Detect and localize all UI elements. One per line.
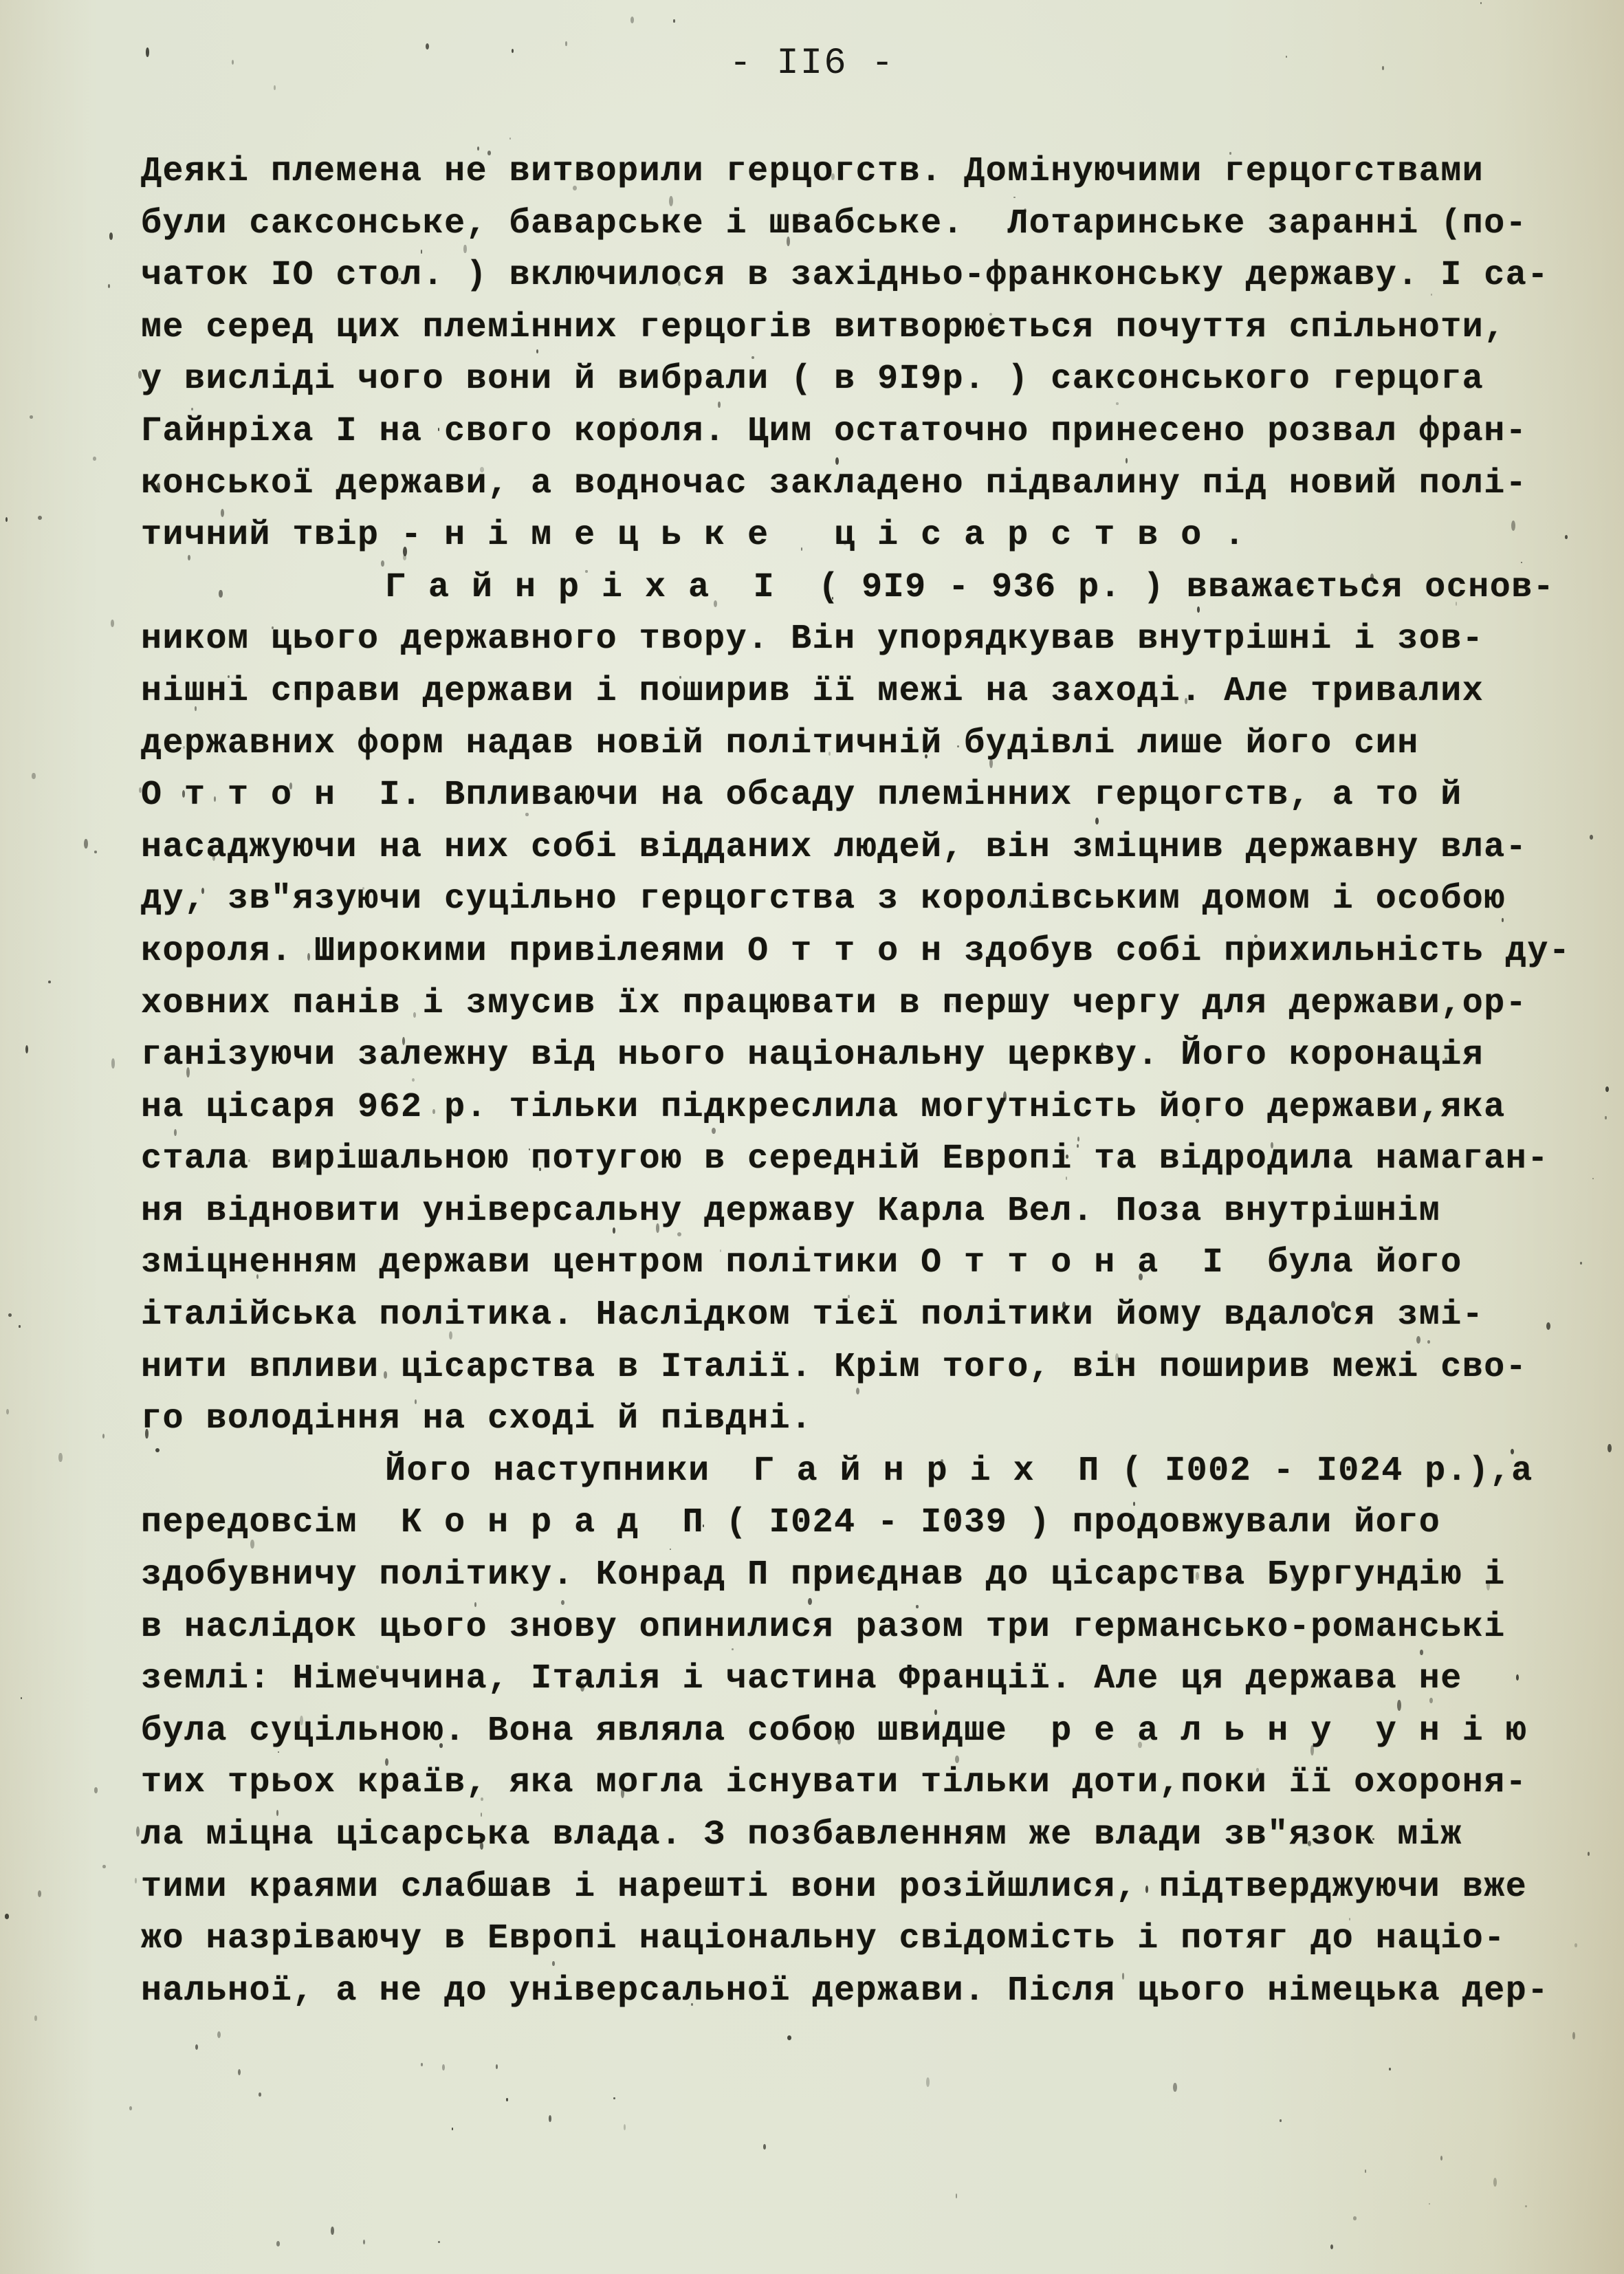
text-line: Деякі племена не витворили герцогств. До…	[141, 146, 1599, 198]
text-line: була суцільною. Вона являла собою швидше…	[141, 1705, 1599, 1758]
text-line: Г а й н р і х а I ( 9I9 - 936 р. ) вважа…	[141, 562, 1599, 614]
speck	[1480, 2, 1482, 4]
speck	[1605, 1086, 1609, 1092]
text-line: у висліді чого вони й вибрали ( в 9I9р. …	[141, 353, 1599, 406]
text-line: нішні справи держави і поширив її межі н…	[141, 666, 1599, 718]
speck	[102, 1434, 105, 1439]
speck	[763, 2144, 766, 2149]
speck	[787, 2035, 791, 2040]
body-text: Деякі племена не витворили герцогств. До…	[141, 146, 1599, 2017]
speck	[956, 2194, 958, 2198]
text-line: Його наступники Г а й н р і х П ( I002 -…	[141, 1445, 1599, 1498]
speck	[93, 457, 96, 461]
text-line: італійська політика. Наслідком тієї полі…	[141, 1289, 1599, 1342]
speck	[25, 1045, 28, 1053]
speck	[624, 2124, 626, 2131]
speck	[549, 2115, 551, 2121]
speck	[5, 1914, 8, 1918]
page-number: - II6 -	[0, 43, 1624, 85]
speck	[1525, 2205, 1527, 2207]
text-line: О т т о н I. Впливаючи на обсаду племінн…	[141, 769, 1599, 822]
text-line: державних форм надав новій політичній бу…	[141, 718, 1599, 770]
speck	[1572, 2032, 1575, 2040]
speck	[135, 1878, 137, 1883]
speck	[6, 1409, 9, 1414]
text-line: тих трьох країв, яка могла існувати тіль…	[141, 1757, 1599, 1809]
speck	[94, 851, 96, 853]
text-line: на цісаря 962 р. тільки підкреслила могу…	[141, 1082, 1599, 1134]
speck	[1353, 2216, 1357, 2220]
speck	[506, 2098, 509, 2101]
speck	[32, 773, 35, 778]
text-line: ховних панів і змусив їх працювати в пер…	[141, 978, 1599, 1030]
text-line: насаджуючи на них собі відданих людей, в…	[141, 822, 1599, 874]
text-line: короля. Широкими привілеями О т т о н зд…	[141, 926, 1599, 978]
text-line: ла міцна цісарська влада. З позбавленням…	[141, 1809, 1599, 1861]
text-line: тичний твір - н і м е ц ь к е ц і с а р …	[141, 510, 1599, 562]
text-line: ганізуючи залежну від нього національну …	[141, 1029, 1599, 1082]
text-line: жо назріваючу в Европі національну свідо…	[141, 1913, 1599, 1965]
speck	[48, 981, 51, 983]
speck	[438, 2241, 440, 2244]
speck	[19, 1325, 20, 1328]
text-line: ду, зв"язуючи суцільно герцогства з коро…	[141, 873, 1599, 926]
speck	[1429, 2203, 1430, 2205]
speck	[102, 1865, 105, 1868]
speck	[38, 1890, 41, 1897]
speck	[136, 1826, 140, 1836]
speck	[276, 2241, 280, 2246]
speck	[259, 2092, 261, 2097]
text-line: ником цього державного твору. Він упоряд…	[141, 613, 1599, 666]
text-line: ня відновити універсальну державу Карла …	[141, 1185, 1599, 1238]
speck	[421, 2063, 423, 2066]
text-line: здобувничу політику. Конрад П приєднав д…	[141, 1549, 1599, 1601]
text-line: стала вирішальною потугою в середній Евр…	[141, 1133, 1599, 1185]
speck	[6, 517, 8, 522]
text-line: нальної, а не до універсальної держави. …	[141, 1965, 1599, 2018]
speck	[30, 415, 33, 419]
speck	[108, 284, 110, 288]
speck	[274, 85, 276, 91]
speck	[926, 2077, 930, 2086]
speck	[111, 620, 114, 627]
speck	[238, 2069, 241, 2075]
speck	[1330, 2244, 1333, 2249]
text-line: ме серед цих племінних герцогів витворює…	[141, 302, 1599, 354]
speck	[8, 1313, 12, 1317]
text-line: в наслідок цього знову опинилися разом т…	[141, 1601, 1599, 1654]
speck	[630, 17, 634, 23]
speck	[1280, 2119, 1282, 2121]
speck	[94, 1787, 98, 1793]
speck	[1440, 2156, 1442, 2161]
typewritten-page: - II6 - Деякі племена не витворили герцо…	[0, 0, 1624, 2274]
speck	[129, 2106, 131, 2110]
speck	[1389, 2068, 1392, 2070]
speck	[496, 2064, 498, 2069]
speck	[331, 2227, 334, 2235]
speck	[84, 839, 88, 849]
text-line: конської держави, а водночас закладено п…	[141, 458, 1599, 510]
speck	[58, 1453, 62, 1462]
speck	[452, 2128, 454, 2130]
speck	[1173, 2083, 1177, 2092]
speck	[1365, 2169, 1366, 2173]
speck	[34, 2015, 36, 2021]
speck	[1605, 1116, 1607, 1119]
text-line: тими краями слабшав і нарешті вони розій…	[141, 1861, 1599, 1914]
text-line: передовсім К о н р а д П ( I024 - I039 )…	[141, 1497, 1599, 1549]
speck	[613, 2097, 615, 2099]
speck	[673, 19, 674, 23]
speck	[38, 516, 42, 520]
text-line: зміцненням держави центром політики О т …	[141, 1237, 1599, 1289]
text-line: нити впливи цісарства в Італії. Крім тог…	[141, 1342, 1599, 1394]
text-line: го володіння на сході й півдні.	[141, 1393, 1599, 1445]
text-line: землі: Німеччина, Італія і частина Франц…	[141, 1653, 1599, 1705]
speck	[1607, 1444, 1612, 1452]
speck	[509, 138, 511, 140]
text-line: Гайнріха I на свого короля. Цим остаточн…	[141, 406, 1599, 458]
speck	[21, 1697, 22, 1699]
text-line: були саксонське, баварське і швабське. Л…	[141, 198, 1599, 250]
speck	[217, 2031, 221, 2039]
speck	[1493, 2178, 1497, 2187]
speck	[195, 2044, 198, 2050]
speck	[363, 2240, 365, 2244]
speck	[111, 1058, 116, 1069]
text-line: чаток IO стол. ) включилося в західньо-ф…	[141, 250, 1599, 302]
speck	[442, 2064, 445, 2070]
speck	[109, 232, 113, 239]
